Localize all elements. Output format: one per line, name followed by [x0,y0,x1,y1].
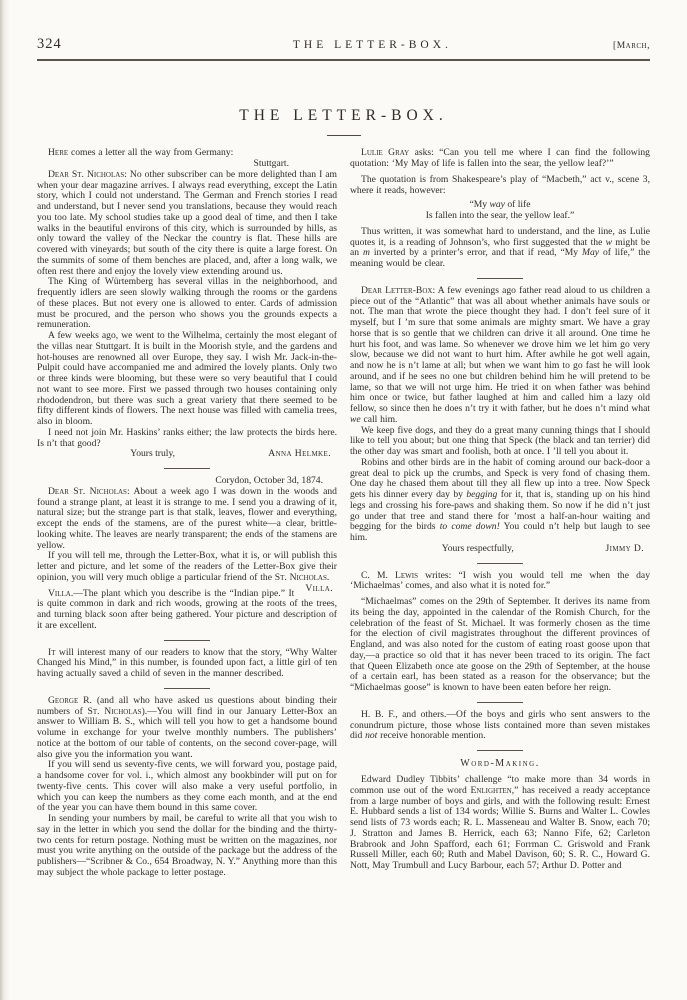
running-title: THE LETTER-BOX. [293,39,452,51]
title-rule [327,135,361,136]
verse-line: Is fallen into the sear, the yellow leaf… [350,211,650,222]
letter2-paragraph-text: If you will tell me, through the Letter-… [37,550,337,583]
letter1-signature-row: Yours truly, Anna Helmke. [37,449,337,460]
michaelmas-paragraph: “Michaelmas” comes on the 29th of Septem… [350,597,650,694]
word-making-heading: Word-Making. [350,758,650,769]
letter1-paragraph: The King of Würtemberg has several villa… [37,277,337,331]
jimmy-letter-paragraph: Dear Letter-Box: A few evenings ago fath… [350,286,650,426]
page-number: 324 [37,36,62,53]
section-divider [477,563,523,564]
letter2-paragraph: Dear St. Nicholas: About a week ago I wa… [37,487,337,552]
signature-name: Anna Helmke. [268,449,331,460]
thus-written-paragraph: Thus written, it was somewhat hard to un… [350,227,650,270]
walter-note-paragraph: It will interest many of our readers to … [37,648,337,680]
section-divider [477,702,523,703]
letter1-paragraph: I need not join Mr. Haskins’ ranks eithe… [37,428,337,450]
left-column: Here comes a letter all the way from Ger… [37,148,337,878]
signature-name: Villa. [294,584,337,595]
article-title: THE LETTER-BOX. [37,107,650,125]
quotation-intro-paragraph: The quotation is from Shakespeare’s play… [350,175,650,197]
section-divider [477,750,523,751]
george-r-paragraph: George R. (and all who have asked us que… [37,696,337,761]
jimmy-letter-paragraph: Robins and other birds are in the habit … [350,458,650,544]
lulie-paragraph: Lulie Gray asks: “Can you tell me where … [350,148,650,170]
jimmy-signature-row: Yours respectfully, Jimmy D. [350,544,650,555]
george-r-paragraph: If you will send us seventy-five cents, … [37,760,337,814]
issue-date: [March, [613,41,650,51]
magazine-page: 324 THE LETTER-BOX. [March, THE LETTER-B… [0,0,687,879]
text-columns: Here comes a letter all the way from Ger… [37,148,650,878]
villa-reply-paragraph: Villa.—The plant which you describe is t… [37,589,337,632]
jimmy-letter-paragraph: We keep five dogs, and they do a great m… [350,426,650,458]
letter1-paragraph: A few weeks ago, we went to the Wilhelma… [37,331,337,428]
section-divider [477,278,523,279]
right-column: Lulie Gray asks: “Can you tell me where … [350,148,650,878]
section-divider [164,468,210,469]
intro-paragraph: Here comes a letter all the way from Ger… [37,148,337,159]
running-header: 324 THE LETTER-BOX. [March, [37,0,650,61]
signature-name: Jimmy D. [606,544,645,555]
hbf-paragraph: H. B. F., and others.—Of the boys and gi… [350,710,650,742]
letter2-paragraph: If you will tell me, through the Letter-… [37,551,337,583]
macbeth-verse: “My way of life Is fallen into the sear,… [350,200,650,222]
section-divider [164,640,210,641]
signature-closing: Yours truly, [37,449,268,460]
lewis-paragraph: C. M. Lewis writes: “I wish you would te… [350,571,650,593]
george-r-paragraph: In sending your numbers by mail, be care… [37,814,337,879]
signature-closing: Yours respectfully, [350,544,606,555]
letter1-paragraph: Dear St. Nicholas: No other subscriber c… [37,170,337,278]
word-making-paragraph: Edward Dudley Tibbits’ challenge “to mak… [350,775,650,872]
section-divider [164,688,210,689]
